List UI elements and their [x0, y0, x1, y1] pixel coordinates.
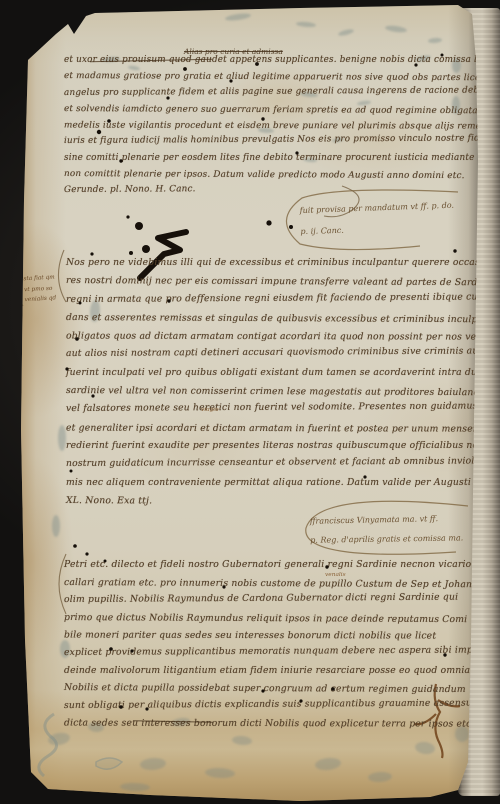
- chancery-note-2: ffranciscus Vinyamata ma. vt ff.p. Reg. …: [310, 508, 481, 550]
- manuscript-line: fuerint inculpati vel pro quibus obligat…: [66, 364, 475, 382]
- manuscript-line: Petri etc. dilecto et fideli nostro Gube…: [64, 556, 476, 574]
- manuscript-line: iuris et figura iudicij malis hominibus …: [64, 131, 464, 150]
- manuscript-line: mis nec aliquem contraveniente permittat…: [66, 474, 475, 492]
- manuscript-line: explicet providemus supplicantibus memor…: [64, 641, 476, 661]
- margin-note: sta fiat qmvt pmo sovenialis qd: [23, 272, 71, 306]
- chancery-note-1: fuit provisa per mandatum vt ff. p. do.p…: [299, 194, 475, 242]
- manuscript-line: primo que dictus Nobilis Raymundus reliq…: [64, 609, 476, 629]
- manuscript-line: Nos pero ne videbimus illi qui de excess…: [66, 254, 475, 272]
- manuscript-line: aut alios nisi nostram capti detineri ac…: [66, 343, 475, 364]
- manuscript-line: dicta sedes seu interesses bonorum dicti…: [64, 715, 476, 734]
- manuscript-line: sunt obligati per aliquibus dictis expli…: [64, 694, 476, 714]
- paragraph-3: Petri etc. dilecto et fideli nostro Gube…: [64, 556, 476, 732]
- manuscript-line: angelus pro supplicante fidem et aliis p…: [64, 82, 464, 101]
- manuscript-line: et generaliter ipsi acordari et dictam a…: [66, 419, 475, 438]
- manuscript-line: ffranciscus Vinyamata ma. vt ff.: [310, 508, 480, 531]
- manuscript-photo: Alias pro curia et admissa et uxor eius …: [0, 0, 500, 804]
- paper-aging-left-edge: [20, 0, 66, 804]
- manuscript-line: deinde malivolorum litigantium etiam fid…: [64, 662, 476, 680]
- manuscript-line: sine comitti plenarie per eosdem lites f…: [64, 150, 464, 166]
- interlinear-correction-viagio: viagio: [201, 407, 219, 413]
- manuscript-line: et solvendis iamdicto genero suo guerrar…: [64, 101, 464, 119]
- manuscript-line: olim pupillis. Nobilis Raymundus de Card…: [64, 589, 476, 609]
- paragraph-2: Nos pero ne videbimus illi qui de excess…: [66, 254, 475, 510]
- manuscript-line: vel falsatores monete seu heretici non f…: [66, 398, 475, 419]
- paragraph-1: et uxor eius prouisum quod gaudet appete…: [64, 52, 464, 199]
- manuscript-line: nostrum guidaticum incurrisse censeantur…: [66, 453, 475, 474]
- manuscript-page: Alias pro curia et admissa et uxor eius …: [0, 0, 500, 804]
- manuscript-line: p. Reg. d'aprilis gratis et comissa ma.: [310, 528, 480, 550]
- margin-note-brace-icon: [18, 270, 23, 306]
- interlinear-correction-venalis: venalis: [325, 572, 346, 578]
- manuscript-line: regni in armata que pro deffensione regn…: [66, 288, 475, 309]
- manuscript-line: dans et asserentes remissas et singulas …: [66, 309, 475, 329]
